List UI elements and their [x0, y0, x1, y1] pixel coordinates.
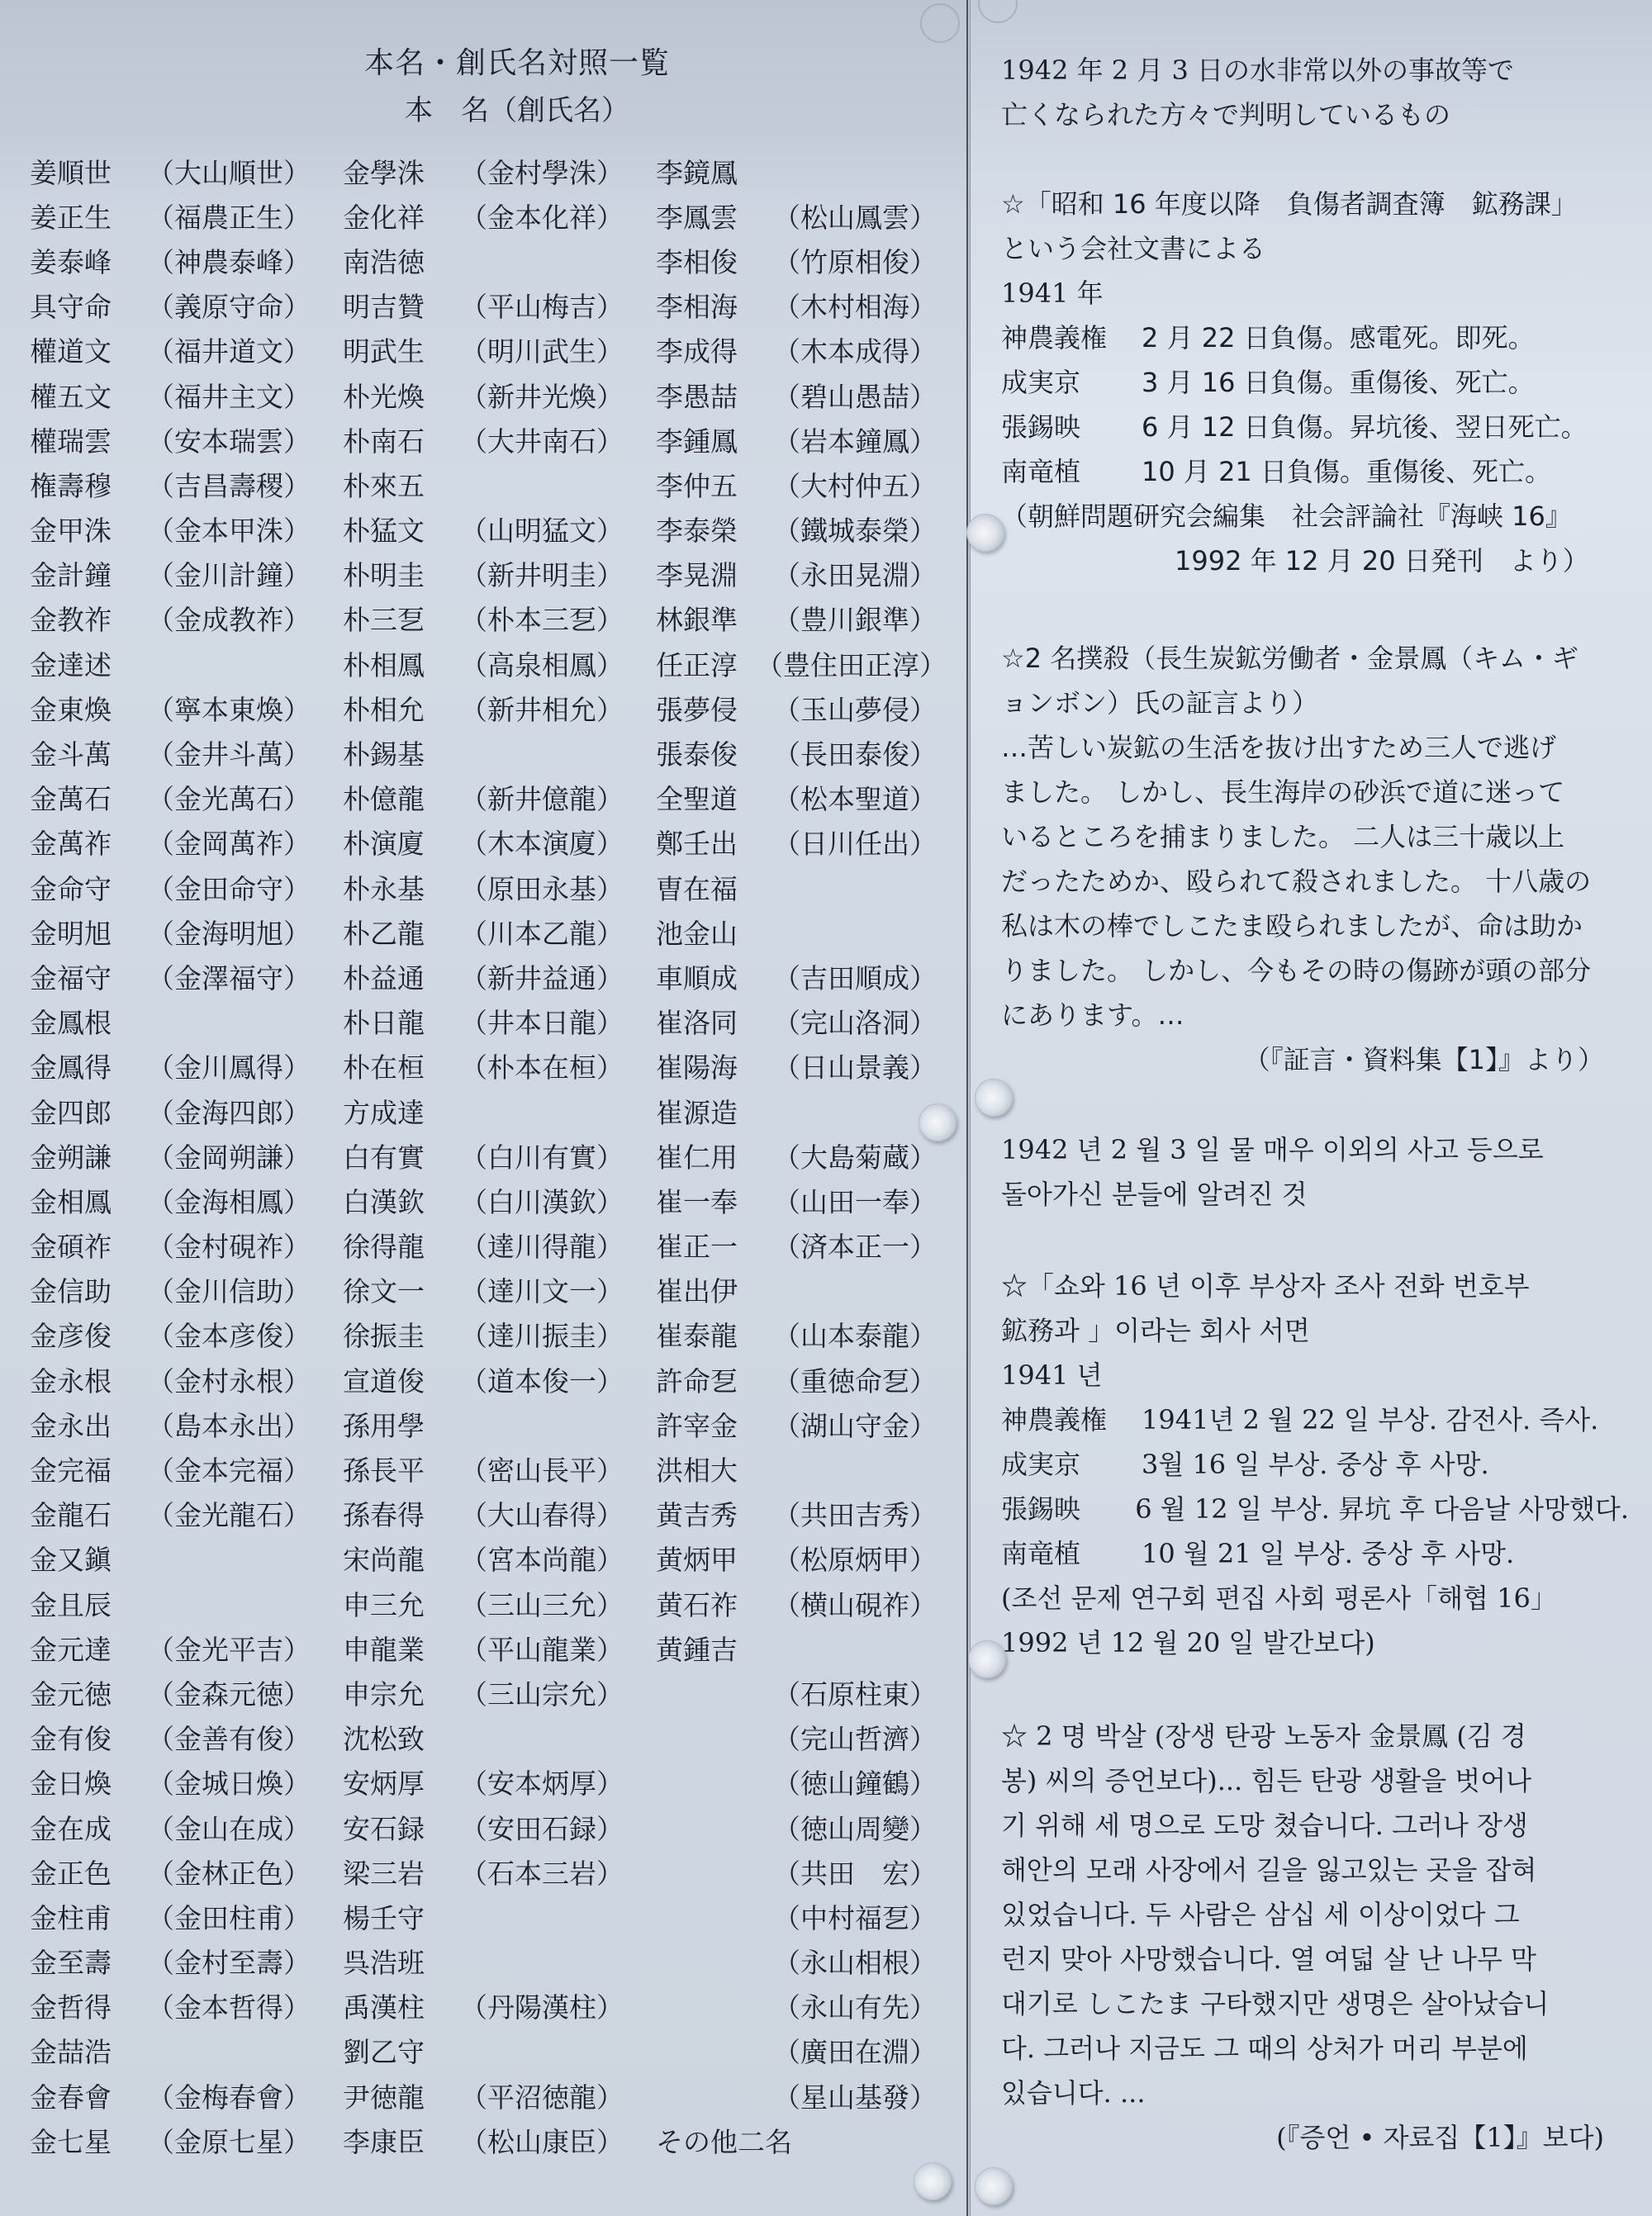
real-name: 金春會 [30, 2076, 147, 2115]
soshi-kaimei-name: （達川得龍） [460, 1226, 624, 1265]
ja-testimony-line: いるところを捕まりました。 二人は三十歳以上 [1001, 814, 1629, 859]
real-name: 金永根 [30, 1360, 147, 1399]
real-name: 金元徳 [30, 1673, 147, 1712]
real-name: 金且辰 [30, 1584, 147, 1623]
name-entry: 金元徳（金森元徳） [30, 1673, 343, 1712]
ja-source-line-2: 1992 年 12 月 20 日発刊 より） [1001, 539, 1629, 583]
name-entry: 金彦俊（金本彦俊） [30, 1315, 343, 1354]
name-entry: 李泰榮（鐵城泰榮） [656, 510, 947, 548]
soshi-kaimei-name: （安本炳厚） [460, 1763, 624, 1801]
real-name: 全聖道 [656, 778, 773, 817]
name-entry: （星山基發） [656, 2076, 947, 2115]
victim-detail: 1941년 2 월 22 일 부상. 감전사. 즉사. [1142, 1397, 1598, 1442]
name-row: 金碩祚（金村硯祚）徐得龍（達川得龍）崔正一（済本正一） [30, 1223, 947, 1268]
soshi-kaimei-name: （永山相根） [773, 1942, 937, 1981]
name-entry: 崔陽海（日山景義） [656, 1046, 947, 1085]
name-row: 金福守（金澤福守）朴益通（新井益通）車順成（吉田順成） [30, 954, 947, 999]
soshi-kaimei-name: （金村硯祚） [147, 1226, 311, 1265]
real-name: 朴猛文 [343, 510, 460, 548]
real-name: 金正色 [30, 1853, 147, 1891]
real-name: 許命乭 [656, 1360, 773, 1399]
name-entry: （中村福乭） [656, 1897, 947, 1936]
soshi-kaimei-name: （吉田順成） [773, 957, 937, 996]
victim-name: 成実京 [1001, 360, 1142, 405]
real-name: 權道文 [30, 330, 147, 369]
real-name: 金東煥 [30, 689, 147, 728]
name-entry: 朴明圭（新井明圭） [343, 554, 656, 593]
name-entry: 李仲五（大村仲五） [656, 465, 947, 504]
real-name: 金有俊 [30, 1718, 147, 1757]
name-entry: 金計鐘（金川計鐘） [30, 554, 343, 593]
real-name: 南浩徳 [343, 241, 460, 280]
name-entry: 姜泰峰（神農泰峰） [30, 241, 343, 280]
name-entry: 権壽穆（吉昌壽稷） [30, 465, 343, 504]
name-entry: 明武生（明川武生） [343, 330, 656, 369]
real-name: 黄石祚 [656, 1584, 773, 1623]
ko-heading-line-2: 돌아가신 분들에 알려진 것 [1001, 1172, 1629, 1217]
soshi-kaimei-name: （木本成得） [773, 330, 937, 369]
soshi-kaimei-name: （金村永根） [147, 1360, 311, 1399]
name-entry: （共田 宏） [656, 1853, 947, 1891]
victim-detail: 10 月 21 日負傷。重傷後、死亡。 [1142, 449, 1551, 494]
name-entry: 金達述 [30, 644, 343, 683]
real-name: 申三允 [343, 1584, 460, 1623]
real-name: 金碩祚 [30, 1226, 147, 1265]
soshi-kaimei-name: （朴本在桓） [460, 1046, 624, 1085]
real-name: 金明旭 [30, 913, 147, 951]
name-entry: 金完福（金本完福） [30, 1450, 343, 1488]
name-entry: 沈松致 [343, 1718, 656, 1757]
soshi-kaimei-name: （共田吉秀） [773, 1494, 937, 1533]
real-name: 金喆浩 [30, 2031, 147, 2070]
name-entry: 全聖道（松本聖道） [656, 778, 947, 817]
name-entry: 楊壬守 [343, 1897, 656, 1936]
victim-name: 張錫映 [1001, 405, 1142, 449]
name-entry: 李鳳雲（松山鳳雲） [656, 197, 947, 235]
soshi-kaimei-name: （達川振圭） [460, 1315, 624, 1354]
real-name: 金至壽 [30, 1942, 147, 1981]
name-entry: 車順成（吉田順成） [656, 957, 947, 996]
soshi-kaimei-name: （金田命守） [147, 868, 311, 907]
ko-testimony-line: 다. 그러나 지금도 그 때의 상처가 머리 부분에 [1001, 2026, 1629, 2071]
real-name: 張夢侵 [656, 689, 773, 728]
name-entry: 金學洙（金村學洙） [343, 152, 656, 191]
ja-testimony-line: 私は木の棒でしこたま殴られましたが、命は助か [1001, 904, 1629, 948]
soshi-kaimei-name: （重徳命乭） [773, 1360, 937, 1399]
name-entry: 金正色（金林正色） [30, 1853, 343, 1891]
soshi-kaimei-name: （平山龍業） [460, 1629, 624, 1668]
real-name: 李相海 [656, 286, 773, 325]
real-name: 金信助 [30, 1270, 147, 1309]
real-name: 朴永基 [343, 868, 460, 907]
real-name: 朴日龍 [343, 1002, 460, 1041]
soshi-kaimei-name: （金海明旭） [147, 913, 311, 951]
soshi-kaimei-name: （白川漢欽） [460, 1181, 624, 1220]
soshi-kaimei-name: （共田 宏） [773, 1853, 937, 1891]
name-row: 姜正生（福農正生）金化祥（金本化祥）李鳳雲（松山鳳雲） [30, 193, 947, 238]
soshi-kaimei-name: （金林正色） [147, 1853, 311, 1891]
name-row: 金七星（金原七星）李康臣（松山康臣）その他二名 [30, 2118, 947, 2162]
name-row: 金元徳（金森元徳）申宗允（三山宗允）（石原柱東） [30, 1670, 947, 1715]
real-name: 黄吉秀 [656, 1494, 773, 1533]
real-name: 明武生 [343, 330, 460, 369]
soshi-kaimei-name: （金本甲洙） [147, 510, 311, 548]
name-row: 金完福（金本完福）孫長平（密山長平）洪相大 [30, 1446, 947, 1491]
name-row: 権壽穆（吉昌壽稷）朴來五李仲五（大村仲五） [30, 462, 947, 506]
ja-testimony-line: …苦しい炭鉱の生活を抜け出すため三人で逃げ [1001, 725, 1629, 770]
soshi-kaimei-name: （中村福乭） [773, 1897, 937, 1936]
real-name: 金在成 [30, 1808, 147, 1847]
soshi-kaimei-name: （新井相允） [460, 689, 624, 728]
victim-detail: 6 월 12 일 부상. 昇坑 후 다음날 사망했다. [1135, 1487, 1629, 1531]
real-name: 朴演廈 [343, 823, 460, 861]
soshi-kaimei-name: （星山基發） [773, 2076, 937, 2115]
name-entry: 徐文一（達川文一） [343, 1270, 656, 1309]
real-name: 曺在福 [656, 868, 773, 907]
name-list-panel: 本名・創氏名対照一覧 本 名（創氏名） 姜順世（大山順世）金學洙（金村學洙）李鏡… [0, 0, 968, 2216]
name-entry: 金在成（金山在成） [30, 1808, 343, 1847]
victim-detail: 3 月 16 日負傷。重傷後、死亡。 [1142, 360, 1535, 405]
real-name: 崔正一 [656, 1226, 773, 1265]
soshi-kaimei-name: （石原柱東） [773, 1673, 937, 1712]
soshi-kaimei-name: （明川武生） [460, 330, 624, 369]
soshi-kaimei-name: （金本完福） [147, 1450, 311, 1488]
name-row: 金元達（金光平吉）申龍業（平山龍業）黄鍾吉 [30, 1625, 947, 1670]
name-entry: 金斗萬（金井斗萬） [30, 733, 343, 772]
name-entry: 申三允（三山三允） [343, 1584, 656, 1623]
name-entry: 尹徳龍（平沼徳龍） [343, 2076, 656, 2115]
soshi-kaimei-name: （金本化祥） [460, 197, 624, 235]
name-entry: 金日煥（金城日煥） [30, 1763, 343, 1801]
real-name: 張泰俊 [656, 733, 773, 772]
real-name: 金日煥 [30, 1763, 147, 1801]
real-name: 宋尚龍 [343, 1539, 460, 1578]
name-row: 金日煥（金城日煥）安炳厚（安本炳厚）（徳山鐘鶴） [30, 1760, 947, 1805]
real-name: 金化祥 [343, 197, 460, 235]
soshi-kaimei-name: （道本俊一） [460, 1360, 624, 1399]
soshi-kaimei-name: （丹陽漢柱） [460, 1986, 624, 2025]
name-row: 金哲得（金本哲得）禹漢柱（丹陽漢柱）（永山有先） [30, 1984, 947, 2029]
soshi-kaimei-name: （義原守命） [147, 286, 311, 325]
name-row: 金朔謙（金岡朔謙）白有實（白川有實）崔仁用（大島菊蔵） [30, 1133, 947, 1178]
real-name: 金又鎭 [30, 1539, 147, 1578]
real-name: 姜正生 [30, 197, 147, 235]
name-row: 金柱甫（金田柱甫）楊壬守（中村福乭） [30, 1894, 947, 1938]
ja-testimony-line: りました。 しかし、今もその時の傷跡が頭の部分 [1001, 948, 1629, 993]
real-name: 朴益通 [343, 957, 460, 996]
soshi-kaimei-name: （金海四郎） [147, 1092, 311, 1131]
real-name: 金萬石 [30, 778, 147, 817]
real-name: 金彦俊 [30, 1315, 147, 1354]
name-entry: 許命乭（重徳命乭） [656, 1360, 947, 1399]
real-name: 朴來五 [343, 465, 460, 504]
name-entry: 朴億龍（新井億龍） [343, 778, 656, 817]
name-entry: 姜順世（大山順世） [30, 152, 343, 191]
soshi-kaimei-name: （金川鳳得） [147, 1046, 311, 1085]
name-entry: 金化祥（金本化祥） [343, 197, 656, 235]
soshi-kaimei-name: （松原炳甲） [773, 1539, 937, 1578]
real-name: 金柱甫 [30, 1897, 147, 1936]
soshi-kaimei-name: （福井主文） [147, 376, 311, 415]
name-row: 金明旭（金海明旭）朴乙龍（川本乙龍）池金山 [30, 909, 947, 954]
real-name: 徐得龍 [343, 1226, 460, 1265]
ja-testimony-line: だったためか、殴られて殺されました。 十八歳の [1001, 859, 1629, 904]
name-entry: 朴三乭（朴本三乭） [343, 599, 656, 638]
real-name: 孫用學 [343, 1405, 460, 1444]
name-entry: 黄石祚（横山硯祚） [656, 1584, 947, 1623]
name-entry: 李晃淵（永田晃淵） [656, 554, 947, 593]
real-name: 金計鐘 [30, 554, 147, 593]
name-row: 金鳳得（金川鳳得）朴在桓（朴本在桓）崔陽海（日山景義） [30, 1044, 947, 1089]
soshi-kaimei-name: （横山硯祚） [773, 1584, 937, 1623]
name-entry: 曺在福 [656, 868, 947, 907]
name-row: 金永根（金村永根）宣道俊（道本俊一）許命乭（重徳命乭） [30, 1357, 947, 1402]
soshi-kaimei-name: （島本永出） [147, 1405, 311, 1444]
name-entry: 朴錫基 [343, 733, 656, 772]
name-row: 金至壽（金村至壽）呉浩班（永山相根） [30, 1939, 947, 1984]
real-name: 金鳳根 [30, 1002, 147, 1041]
ko-entry: 張錫映6 월 12 일 부상. 昇坑 후 다음날 사망했다. [1001, 1487, 1629, 1531]
real-name: 権壽穆 [30, 465, 147, 504]
name-entry: 崔泰龍（山本泰龍） [656, 1315, 947, 1354]
name-entry: 南浩徳 [343, 241, 656, 280]
soshi-kaimei-name: （大井南石） [460, 420, 624, 459]
real-name: 金七星 [30, 2121, 147, 2160]
soshi-kaimei-name: （木村相海） [773, 286, 937, 325]
real-name: 徐振圭 [343, 1315, 460, 1354]
name-entry: （永山有先） [656, 1986, 947, 2025]
soshi-kaimei-name: （金本彦俊） [147, 1315, 311, 1354]
name-row: 權五文（福井主文）朴光煥（新井光煥）李愚喆（碧山愚喆） [30, 372, 947, 417]
real-name: 朴相鳳 [343, 644, 460, 683]
name-entry: 黄吉秀（共田吉秀） [656, 1494, 947, 1533]
soshi-kaimei-name: （金成教祚） [147, 599, 311, 638]
name-entry: 安石録（安田石録） [343, 1808, 656, 1847]
name-entry: 具守命（義原守命） [30, 286, 343, 325]
soshi-kaimei-name: （三山宗允） [460, 1673, 624, 1712]
name-entry: 孫春得（大山春得） [343, 1494, 656, 1533]
name-entry: 金有俊（金善有俊） [30, 1718, 343, 1757]
ja-entry: 張錫映6 月 12 日負傷。昇坑後、翌日死亡。 [1001, 405, 1629, 449]
soshi-kaimei-name: （金海相鳳） [147, 1181, 311, 1220]
real-name: 金鳳得 [30, 1046, 147, 1085]
name-entry: 徐得龍（達川得龍） [343, 1226, 656, 1265]
soshi-kaimei-name: （完山哲濟） [773, 1718, 937, 1757]
name-row: 具守命（義原守命）明吉贊（平山梅吉）李相海（木村相海） [30, 283, 947, 328]
soshi-kaimei-name: （大山春得） [460, 1494, 624, 1533]
ko-injury-record: ☆「쇼와 16 년 이후 부상자 조사 전화 번호부 鉱務과 」이라는 회사 서… [1001, 1264, 1629, 1665]
name-entry: 呉浩班 [343, 1942, 656, 1981]
name-table: 姜順世（大山順世）金學洙（金村學洙）李鏡鳳姜正生（福農正生）金化祥（金本化祥）李… [30, 149, 947, 2162]
name-entry: 許宰金（湖山守金） [656, 1405, 947, 1444]
ja-year: 1941 年 [1001, 271, 1629, 316]
soshi-kaimei-name: （達川文一） [460, 1270, 624, 1309]
soshi-kaimei-name: （湖山守金） [773, 1405, 937, 1444]
real-name: 姜順世 [30, 152, 147, 191]
name-entry: 李成得（木本成得） [656, 330, 947, 369]
name-entry: 金萬祚（金岡萬祚） [30, 823, 343, 861]
real-name: 崔仁用 [656, 1136, 773, 1175]
soshi-kaimei-name: （木本演廈） [460, 823, 624, 861]
soshi-kaimei-name: （徳山周變） [773, 1808, 937, 1847]
name-entry: 金福守（金澤福守） [30, 957, 343, 996]
real-name: 安炳厚 [343, 1763, 460, 1801]
real-name: その他二名 [656, 2121, 792, 2160]
name-entry: 金永出（島本永出） [30, 1405, 343, 1444]
real-name: 呉浩班 [343, 1942, 460, 1981]
name-row: 權道文（福井道文）明武生（明川武生）李成得（木本成得） [30, 328, 947, 372]
soshi-kaimei-name: （金川計鐘） [147, 554, 311, 593]
name-row: 金永出（島本永出）孫用學許宰金（湖山守金） [30, 1402, 947, 1446]
name-entry: 金又鎭 [30, 1539, 343, 1578]
soshi-kaimei-name: （金原七星） [147, 2121, 311, 2160]
victim-name: 南竜植 [1001, 449, 1142, 494]
name-entry: 張夢侵（玉山夢侵） [656, 689, 947, 728]
name-entry: 朴相鳳（高泉相鳳） [343, 644, 656, 683]
name-row: 權瑞雲（安本瑞雲）朴南石（大井南石）李鍾鳳（岩本鐘鳳） [30, 417, 947, 462]
real-name: 金萬祚 [30, 823, 147, 861]
real-name: 權五文 [30, 376, 147, 415]
name-entry: 孫用學 [343, 1405, 656, 1444]
soshi-kaimei-name: （新井益通） [460, 957, 624, 996]
real-name: 朴明圭 [343, 554, 460, 593]
soshi-kaimei-name: （大島菊蔵） [773, 1136, 937, 1175]
real-name: 李鳳雲 [656, 197, 773, 235]
real-name: 李鏡鳳 [656, 152, 773, 191]
victim-detail: 10 월 21 일 부상. 중상 후 사망. [1142, 1531, 1514, 1576]
name-row: 金東煥（寧本東煥）朴相允（新井相允）張夢侵（玉山夢侵） [30, 686, 947, 730]
soshi-kaimei-name: （日川任出） [773, 823, 937, 861]
name-row: 金喆浩劉乙守（廣田在淵） [30, 2029, 947, 2073]
ko-entry: 成実京3월 16 일 부상. 중상 후 사망. [1001, 1442, 1629, 1487]
name-entry: 金甲洙（金本甲洙） [30, 510, 343, 548]
name-entry: 崔仁用（大島菊蔵） [656, 1136, 947, 1175]
ko-source-line-2: 1992 년 12 월 20 일 발간보다) [1001, 1620, 1629, 1665]
real-name: 朴三乭 [343, 599, 460, 638]
soshi-kaimei-name: （大村仲五） [773, 465, 937, 504]
screw-cap-icon [966, 514, 1004, 552]
ja-testimony-head-1: ☆2 名撲殺（長生炭鉱労働者・金景鳳（キム・ギ [1001, 636, 1629, 681]
name-row: 金有俊（金善有俊）沈松致（完山哲濟） [30, 1715, 947, 1760]
soshi-kaimei-name: （松山康臣） [460, 2121, 624, 2160]
name-row: 金正色（金林正色）梁三岩（石本三岩）（共田 宏） [30, 1849, 947, 1894]
name-entry: （徳山鐘鶴） [656, 1763, 947, 1801]
ja-heading-line-1: 1942 年 2 月 3 日の水非常以外の事故等で [1001, 48, 1629, 93]
name-entry: （永山相根） [656, 1942, 947, 1981]
ja-entry: 南竜植10 月 21 日負傷。重傷後、死亡。 [1001, 449, 1629, 494]
real-name: 池金山 [656, 913, 773, 951]
soshi-kaimei-name: （三山三允） [460, 1584, 624, 1623]
name-entry: 白漢欽（白川漢欽） [343, 1181, 656, 1220]
victim-name: 神農義権 [1001, 316, 1142, 360]
real-name: 方成達 [343, 1092, 460, 1131]
ko-section: 1942 년 2 월 3 일 물 매우 이외의 사고 등으로 돌아가신 분들에 … [1001, 1127, 1629, 1217]
name-entry: 李鏡鳳 [656, 152, 947, 191]
victim-detail: 3월 16 일 부상. 중상 후 사망. [1142, 1442, 1489, 1487]
soshi-kaimei-name: （金澤福守） [147, 957, 311, 996]
soshi-kaimei-name: （金城日煥） [147, 1763, 311, 1801]
real-name: 梁三岩 [343, 1853, 460, 1891]
soshi-kaimei-name: （鐵城泰榮） [773, 510, 937, 548]
soshi-kaimei-name: （金山在成） [147, 1808, 311, 1847]
ja-entry: 成実京3 月 16 日負傷。重傷後、死亡。 [1001, 360, 1629, 405]
real-name: 申龍業 [343, 1629, 460, 1668]
soshi-kaimei-name: （碧山愚喆） [773, 376, 937, 415]
real-name: 李鍾鳳 [656, 420, 773, 459]
ko-testimony-line: 대기로 しこたま 구타했지만 생명은 살아났습니 [1001, 1981, 1629, 2026]
soshi-kaimei-name: （金村學洙） [460, 152, 624, 191]
name-row: 金且辰申三允（三山三允）黄石祚（横山硯祚） [30, 1581, 947, 1625]
real-name: 李仲五 [656, 465, 773, 504]
real-name: 崔陽海 [656, 1046, 773, 1085]
name-entry: （石原柱東） [656, 1673, 947, 1712]
name-row: 姜順世（大山順世）金學洙（金村學洙）李鏡鳳 [30, 149, 947, 193]
real-name: 朴相允 [343, 689, 460, 728]
ko-testimony-line: 해안의 모래 사장에서 길을 잃고있는 곳을 잡혀 [1001, 1848, 1629, 1892]
real-name: 朴億龍 [343, 778, 460, 817]
page-title: 本名・創氏名対照一覧 [0, 40, 968, 82]
name-entry: 崔正一（済本正一） [656, 1226, 947, 1265]
real-name: 鄭壬出 [656, 823, 773, 861]
name-row: 金又鎭宋尚龍（宮本尚龍）黄炳甲（松原炳甲） [30, 1536, 947, 1581]
name-row: 金萬祚（金岡萬祚）朴演廈（木本演廈）鄭壬出（日川任出） [30, 820, 947, 865]
ja-source-line-1: （朝鮮問題研究会編集 社会評論社『海峡 16』 [1001, 494, 1629, 539]
name-entry: 洪相大 [656, 1450, 947, 1488]
name-entry: 安炳厚（安本炳厚） [343, 1763, 656, 1801]
name-entry: 朴南石（大井南石） [343, 420, 656, 459]
real-name: 朴錫基 [343, 733, 460, 772]
real-name: 申宗允 [343, 1673, 460, 1712]
name-entry: 李相俊（竹原相俊） [656, 241, 947, 280]
soshi-kaimei-name: （金光平吉） [147, 1629, 311, 1668]
soshi-kaimei-name: （新井光煥） [460, 376, 624, 415]
name-entry: 申宗允（三山宗允） [343, 1673, 656, 1712]
soshi-kaimei-name: （大山順世） [147, 152, 311, 191]
name-entry: 黄炳甲（松原炳甲） [656, 1539, 947, 1578]
soshi-kaimei-name: （豊住田正淳） [756, 644, 947, 683]
soshi-kaimei-name: （密山長平） [460, 1450, 624, 1488]
ko-testimony-line: ☆ 2 명 박살 (장생 탄광 노동자 金景鳳 (김 경 [1001, 1714, 1629, 1758]
soshi-kaimei-name: （金岡萬祚） [147, 823, 311, 861]
name-row: 金達述朴相鳳（高泉相鳳）任正淳（豊住田正淳） [30, 641, 947, 686]
name-entry: 金龍石（金光龍石） [30, 1494, 343, 1533]
name-entry: 金且辰 [30, 1584, 343, 1623]
soshi-kaimei-name: （金梅春會） [147, 2076, 311, 2115]
name-entry: 權道文（福井道文） [30, 330, 343, 369]
real-name: 金完福 [30, 1450, 147, 1488]
name-row: 金斗萬（金井斗萬）朴錫基張泰俊（長田泰俊） [30, 730, 947, 775]
soshi-kaimei-name: （金光萬石） [147, 778, 311, 817]
screw-cap-icon [968, 1640, 1006, 1678]
soshi-kaimei-name: （金森元徳） [147, 1673, 311, 1712]
real-name: 沈松致 [343, 1718, 460, 1757]
ja-testimony-head-2: ョンボン）氏の証言より） [1001, 681, 1629, 725]
ja-doc-line-1: ☆「昭和 16 年度以降 負傷者調査簿 鉱務課」 [1001, 182, 1629, 226]
real-name: 金福守 [30, 957, 147, 996]
name-entry: 張泰俊（長田泰俊） [656, 733, 947, 772]
real-name: 任正淳 [656, 644, 756, 683]
ko-testimony-source: (『증언 • 자료집【1】』보다) [1001, 2115, 1629, 2160]
soshi-kaimei-name: （白川有實） [460, 1136, 624, 1175]
ko-doc-line-2: 鉱務과 」이라는 회사 서면 [1001, 1308, 1629, 1353]
real-name: 李成得 [656, 330, 773, 369]
name-row: 金計鐘（金川計鐘）朴明圭（新井明圭）李晃淵（永田晃淵） [30, 552, 947, 596]
soshi-kaimei-name: （松山鳳雲） [773, 197, 937, 235]
name-entry: 宣道俊（道本俊一） [343, 1360, 656, 1399]
real-name: 金哲得 [30, 1986, 147, 2025]
soshi-kaimei-name: （神農泰峰） [147, 241, 311, 280]
soshi-kaimei-name: （金岡朔謙） [147, 1136, 311, 1175]
